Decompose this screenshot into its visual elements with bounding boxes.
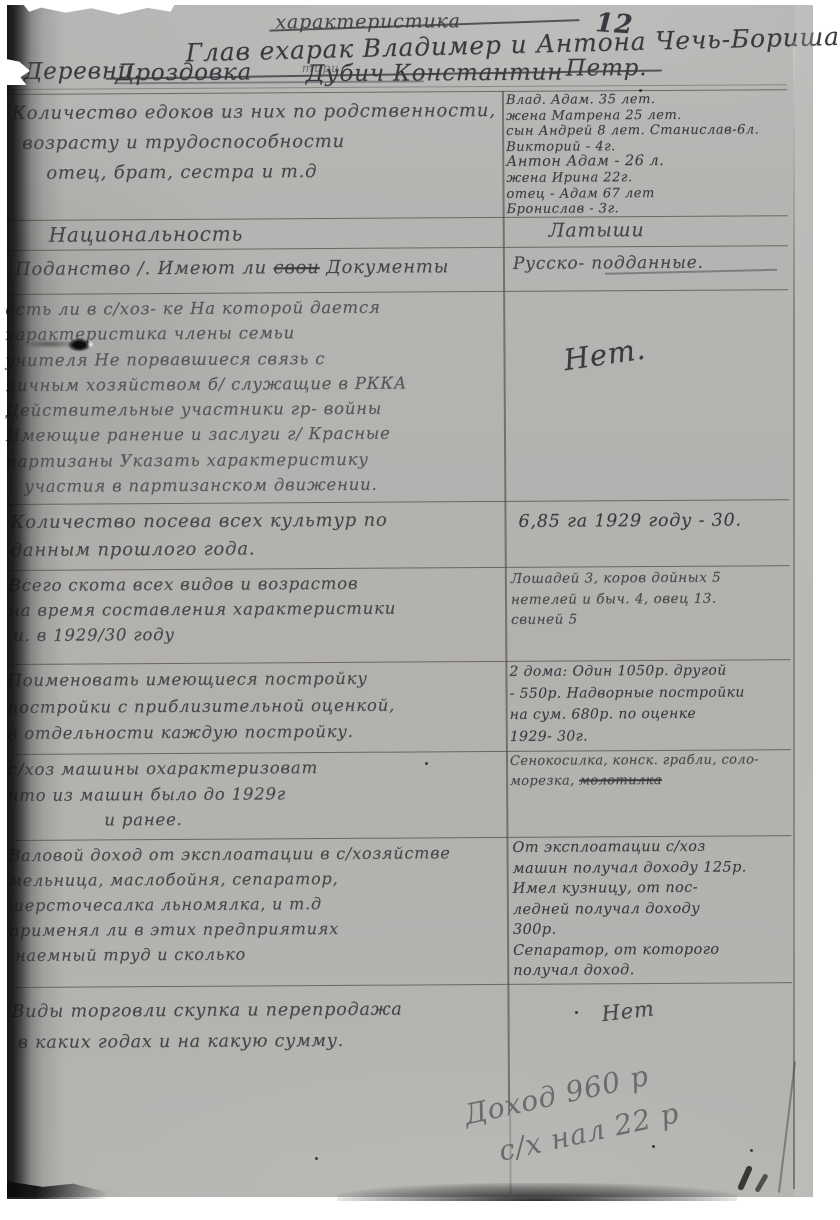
- row9-a-line: 300р.: [513, 918, 747, 940]
- row10-answer-net: Нет: [600, 996, 655, 1026]
- row3-question: Поданство /. Имеют ли свои Документы: [15, 256, 449, 280]
- row1-q-line2: возрасту и трудоспособности: [12, 126, 496, 159]
- row1-a-line: сын Андрей 8 лет. Станислав-6л.: [506, 123, 759, 140]
- row8-a-line1: Сенокосилка, конск. грабли, соло-: [510, 750, 759, 772]
- row9-a-line: получал доход.: [513, 959, 747, 981]
- row10-q-line: Виды торговли скупка и перепродажа: [11, 995, 402, 1028]
- paper-speck: [639, 89, 642, 92]
- table-line: [9, 499, 789, 505]
- row9-q-line: мельница, маслобойня, сепаратор,: [9, 865, 451, 893]
- paper-speck: [575, 1011, 578, 1014]
- row1-answer: Влад. Адам. 35 лет. жена Матрена 25 лет.…: [506, 91, 760, 217]
- row9-q-line: Валовой доход от эксплоатации в с/хозяйс…: [8, 840, 450, 868]
- row6-answer: Лошадей 3, коров дойных 5 нетелей и быч.…: [511, 568, 722, 631]
- row9-answer: От эксплоатации с/хоз машин получал дохо…: [512, 836, 747, 981]
- row8-a-line2-pre: морезка,: [510, 773, 579, 788]
- book-binding-shadow: [7, 5, 67, 1197]
- row1-a-line: Антон Адам - 26 л.: [506, 154, 759, 171]
- row1-a-line: жена Матрена 25 лет.: [506, 107, 759, 124]
- row10-question: Виды торговли скупка и перепродажа в как…: [11, 995, 402, 1059]
- row9-a-line: ледней получал доходу: [513, 898, 747, 920]
- row1-a-line: Влад. Адам. 35 лет.: [506, 91, 759, 108]
- row1-question: Количество едоков из них по родственност…: [12, 96, 496, 189]
- row9-q-line: применял ли в этих предприятиях: [9, 915, 451, 943]
- row8-a-struck-word: молотилка: [579, 773, 662, 789]
- row1-a-line: жена Ирина 22г.: [506, 169, 759, 186]
- page-edge-strip: [795, 5, 813, 1197]
- row5-q-line: Количество посева всех культур по: [10, 507, 387, 537]
- row9-a-line: машин получал доходу 125р.: [513, 857, 747, 879]
- row8-answer: Сенокосилка, конск. грабли, соло- морезк…: [510, 750, 759, 792]
- bottom-shadow-smudge: [337, 1183, 737, 1201]
- row9-a-line: Имел кузницу, от пос-: [513, 877, 747, 899]
- row6-q-line: на время составления характеристики: [9, 596, 396, 623]
- paper-speck: [750, 1149, 753, 1152]
- row5-question: Количество посева всех культур по данным…: [10, 507, 387, 565]
- row6-a-line: нетелей и быч. 4, овец 13.: [511, 588, 721, 610]
- row7-answer: 2 дома: Один 1050р. другой - 550р. Надво…: [509, 660, 745, 747]
- row9-a-line: Сепаратор, от которого: [513, 939, 747, 961]
- row5-answer: 6,85 га 1929 году - 30.: [518, 510, 741, 531]
- row1-a-line: Бронислав - 3г.: [507, 201, 760, 218]
- table-line: [12, 982, 792, 988]
- row7-a-line: 2 дома: Один 1050р. другой: [509, 660, 744, 683]
- row9-question: Валовой доход от эксплоатации в с/хозяйс…: [8, 840, 451, 968]
- diagonal-annotation: Доход 960 р с/х нал 22 р: [460, 1049, 683, 1178]
- row3-q-post: Документы: [320, 256, 450, 278]
- row6-a-line: свиней 5: [511, 609, 721, 631]
- scanned-page: характеристика 12 Глав ехарак Владимер и…: [7, 5, 813, 1197]
- row3-q-struck-word: свои: [273, 257, 319, 278]
- column-divider-line: [502, 91, 510, 1114]
- row9-q-line: наемный труд и сколько: [9, 940, 451, 968]
- row5-q-line: данным прошлого года.: [11, 535, 388, 565]
- row4-answer-net: Нет.: [561, 332, 647, 378]
- person-name-struck-2: Петр.: [566, 55, 648, 81]
- row7-a-line: 1929- 30г.: [510, 725, 745, 748]
- row10-q-line: в каких годах и на какую сумму.: [12, 1026, 403, 1059]
- row1-q-line3: отец, брат, сестра и т.д: [12, 156, 496, 189]
- row1-a-line: отец - Адам 67 лет: [506, 185, 759, 202]
- scan-tilt-layer: характеристика 12 Глав ехарак Владимер и…: [3, 2, 816, 1199]
- row6-q-line: и. в 1929/30 году: [9, 621, 396, 648]
- paper-speck: [425, 762, 428, 765]
- row9-q-line: шерсточесалка льномялка, и т.д: [9, 890, 451, 918]
- row6-a-line: Лошадей 3, коров дойных 5: [511, 568, 721, 590]
- row2-answer: Латыши: [549, 219, 645, 242]
- row9-a-line: От эксплоатации с/хоз: [512, 836, 746, 858]
- row7-a-line: - 550р. Надворные постройки: [510, 682, 745, 705]
- row2-question: Национальность: [49, 222, 244, 247]
- row8-a-line2: морезка, молотилка: [510, 770, 759, 792]
- ink-blot: [21, 335, 115, 353]
- row1-q-line1: Количество едоков из них по родственност…: [12, 96, 496, 129]
- row7-a-line: на сум. 680р. по оценке: [510, 703, 745, 726]
- paper-speck: [315, 1157, 318, 1160]
- paper-hole-highlight: [87, 341, 94, 348]
- paper-speck: [652, 1145, 655, 1148]
